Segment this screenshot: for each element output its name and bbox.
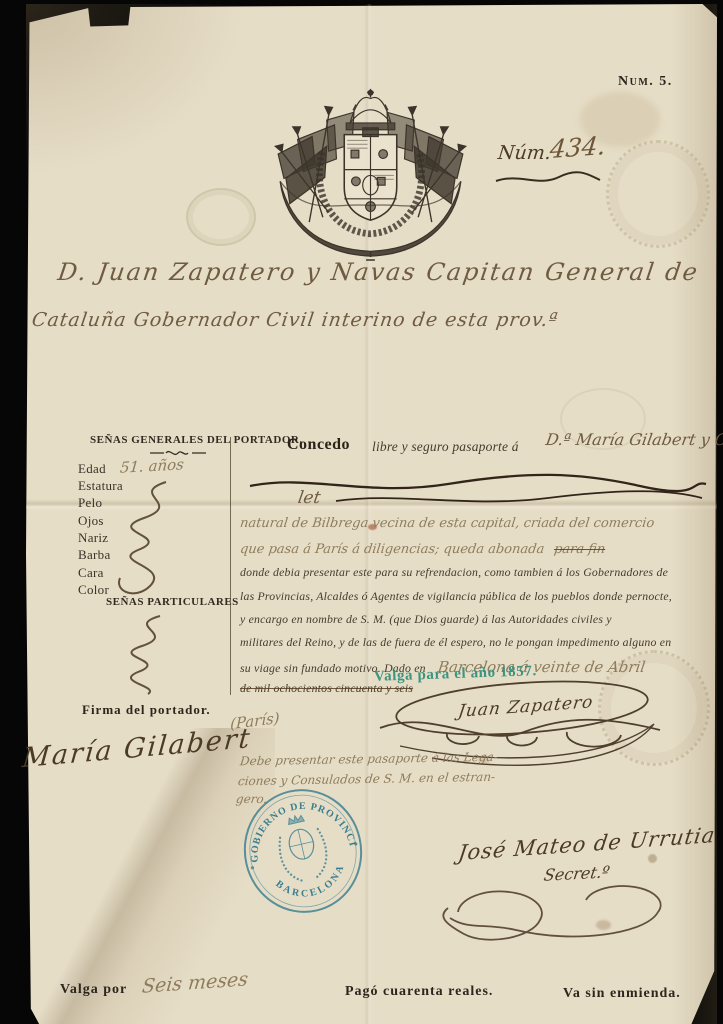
number-flourish-icon: [494, 170, 604, 188]
column-divider: [230, 437, 231, 695]
paragraph-line-6: militares del Reino, y de las de fuera d…: [240, 635, 671, 650]
paragraph-line-3: donde debia presentar este para su refre…: [240, 565, 668, 580]
shield-icon: [344, 128, 397, 220]
corner-number: Num. 5.: [618, 74, 673, 90]
passport-number-label: Núm.: [497, 142, 552, 164]
heading-line-2: Cataluña Gobernador Civil interino de es…: [30, 309, 560, 331]
paragraph-line-2-struck: para fin: [553, 542, 606, 557]
coat-of-arms-icon: [268, 86, 473, 261]
particulares-squiggle-icon: [90, 612, 200, 697]
paragraph-line-1: natural de Bilbrega vecina de esta capit…: [239, 516, 655, 531]
grantee-continuation: let: [296, 488, 322, 508]
senas-generales-title: SEÑAS GENERALES DEL PORTADOR.: [90, 434, 303, 446]
document-scan: Num. 5.: [0, 0, 723, 1024]
rubric-squiggle-icon: [88, 478, 208, 603]
passport-number-value: 434.: [549, 131, 608, 164]
heading-line-1: D. Juan Zapatero y Navas Capitan General…: [56, 258, 701, 286]
grantee-name: D.ª María Gilabert y Ca: [544, 430, 723, 449]
secretary-flourish-icon: [424, 878, 684, 950]
pago-label: Pagó cuarenta reales.: [345, 984, 493, 1000]
enmienda-label: Va sin enmienda.: [563, 986, 681, 1002]
concedo-word: Concedo: [287, 436, 350, 454]
valga-por-label: Valga por: [60, 982, 127, 998]
senas-particulares-title: SEÑAS PARTICULARES: [106, 596, 239, 608]
stamp-arms-icon: [273, 811, 332, 885]
paragraph-line-4: las Provincias, Alcaldes ó Agentes de vi…: [240, 589, 672, 604]
field-value-edad: 51. años: [119, 455, 184, 476]
concedo-printed-rest: libre y seguro pasaporte á: [372, 439, 519, 455]
field-label-edad: Edad: [78, 461, 106, 477]
firma-portador-label: Firma del portador.: [82, 702, 211, 718]
paragraph-line-2: que pasa á París á diligencias; queda ab…: [239, 542, 545, 557]
paragraph-line-5: y encargo en nombre de S. M. (que Dios g…: [240, 612, 612, 627]
